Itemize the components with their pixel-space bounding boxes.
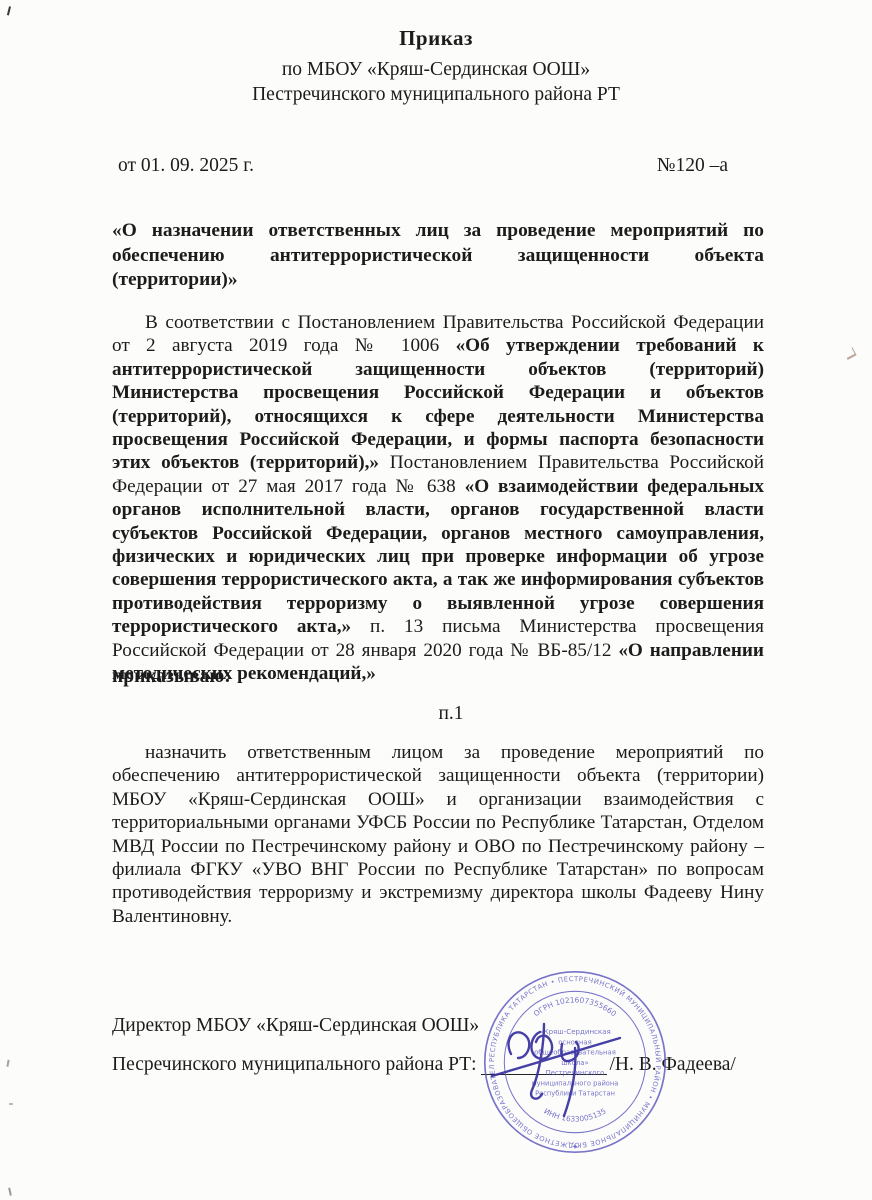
preamble-paragraph: В соответствии с Постановлением Правител… bbox=[112, 311, 764, 686]
signatory-title-line-2: Песречинского муниципального района РТ: bbox=[112, 1054, 477, 1076]
stamp-ogrn-text: ОГРН 1021607355660 bbox=[532, 995, 619, 1018]
scan-artifact bbox=[843, 347, 856, 360]
point-1-paragraph: назначить ответственным лицом за проведе… bbox=[112, 741, 764, 928]
scan-artifact bbox=[4, 6, 11, 16]
svg-text:основная: основная bbox=[558, 1038, 592, 1046]
signatory-title-line-1: Директор МБОУ «Кряш-Сердинская ООШ» bbox=[112, 1015, 479, 1037]
date-number-row: от 01. 09. 2025 г. №120 –а bbox=[118, 155, 728, 177]
scanned-order-document: Приказ по МБОУ «Кряш-Сердинская ООШ» Пес… bbox=[0, 0, 872, 1200]
scan-artifact bbox=[9, 1097, 13, 1105]
decree-word: приказываю: bbox=[112, 666, 231, 688]
scan-artifact bbox=[6, 1060, 12, 1068]
signatory-name: /Н. В. Фадеева/ bbox=[610, 1054, 736, 1076]
point-1-label: п.1 bbox=[30, 703, 872, 725]
organization-line-1: по МБОУ «Кряш-Сердинская ООШ» bbox=[0, 59, 872, 81]
signature-line bbox=[481, 1052, 607, 1075]
signature-row: Песречинского муниципального района РТ: … bbox=[112, 1052, 736, 1076]
stamp-inn-text: ИНН 1633005135 bbox=[542, 1106, 607, 1123]
svg-text:муниципального района: муниципального района bbox=[532, 1079, 619, 1087]
stamp-star-icon: ✦ bbox=[571, 1141, 578, 1151]
order-number: №120 –а bbox=[657, 155, 728, 177]
organization-line-2: Пестречинского муниципального района РТ bbox=[0, 84, 872, 106]
svg-text:«Кряш-Сердинская: «Кряш-Сердинская bbox=[539, 1027, 611, 1036]
svg-text:Республики Татарстан: Республики Татарстан bbox=[535, 1089, 615, 1097]
order-date: от 01. 09. 2025 г. bbox=[118, 155, 254, 177]
scan-artifact bbox=[5, 1188, 12, 1197]
document-title: Приказ bbox=[0, 26, 872, 51]
order-subject: «О назначении ответственных лиц за прове… bbox=[112, 219, 764, 293]
